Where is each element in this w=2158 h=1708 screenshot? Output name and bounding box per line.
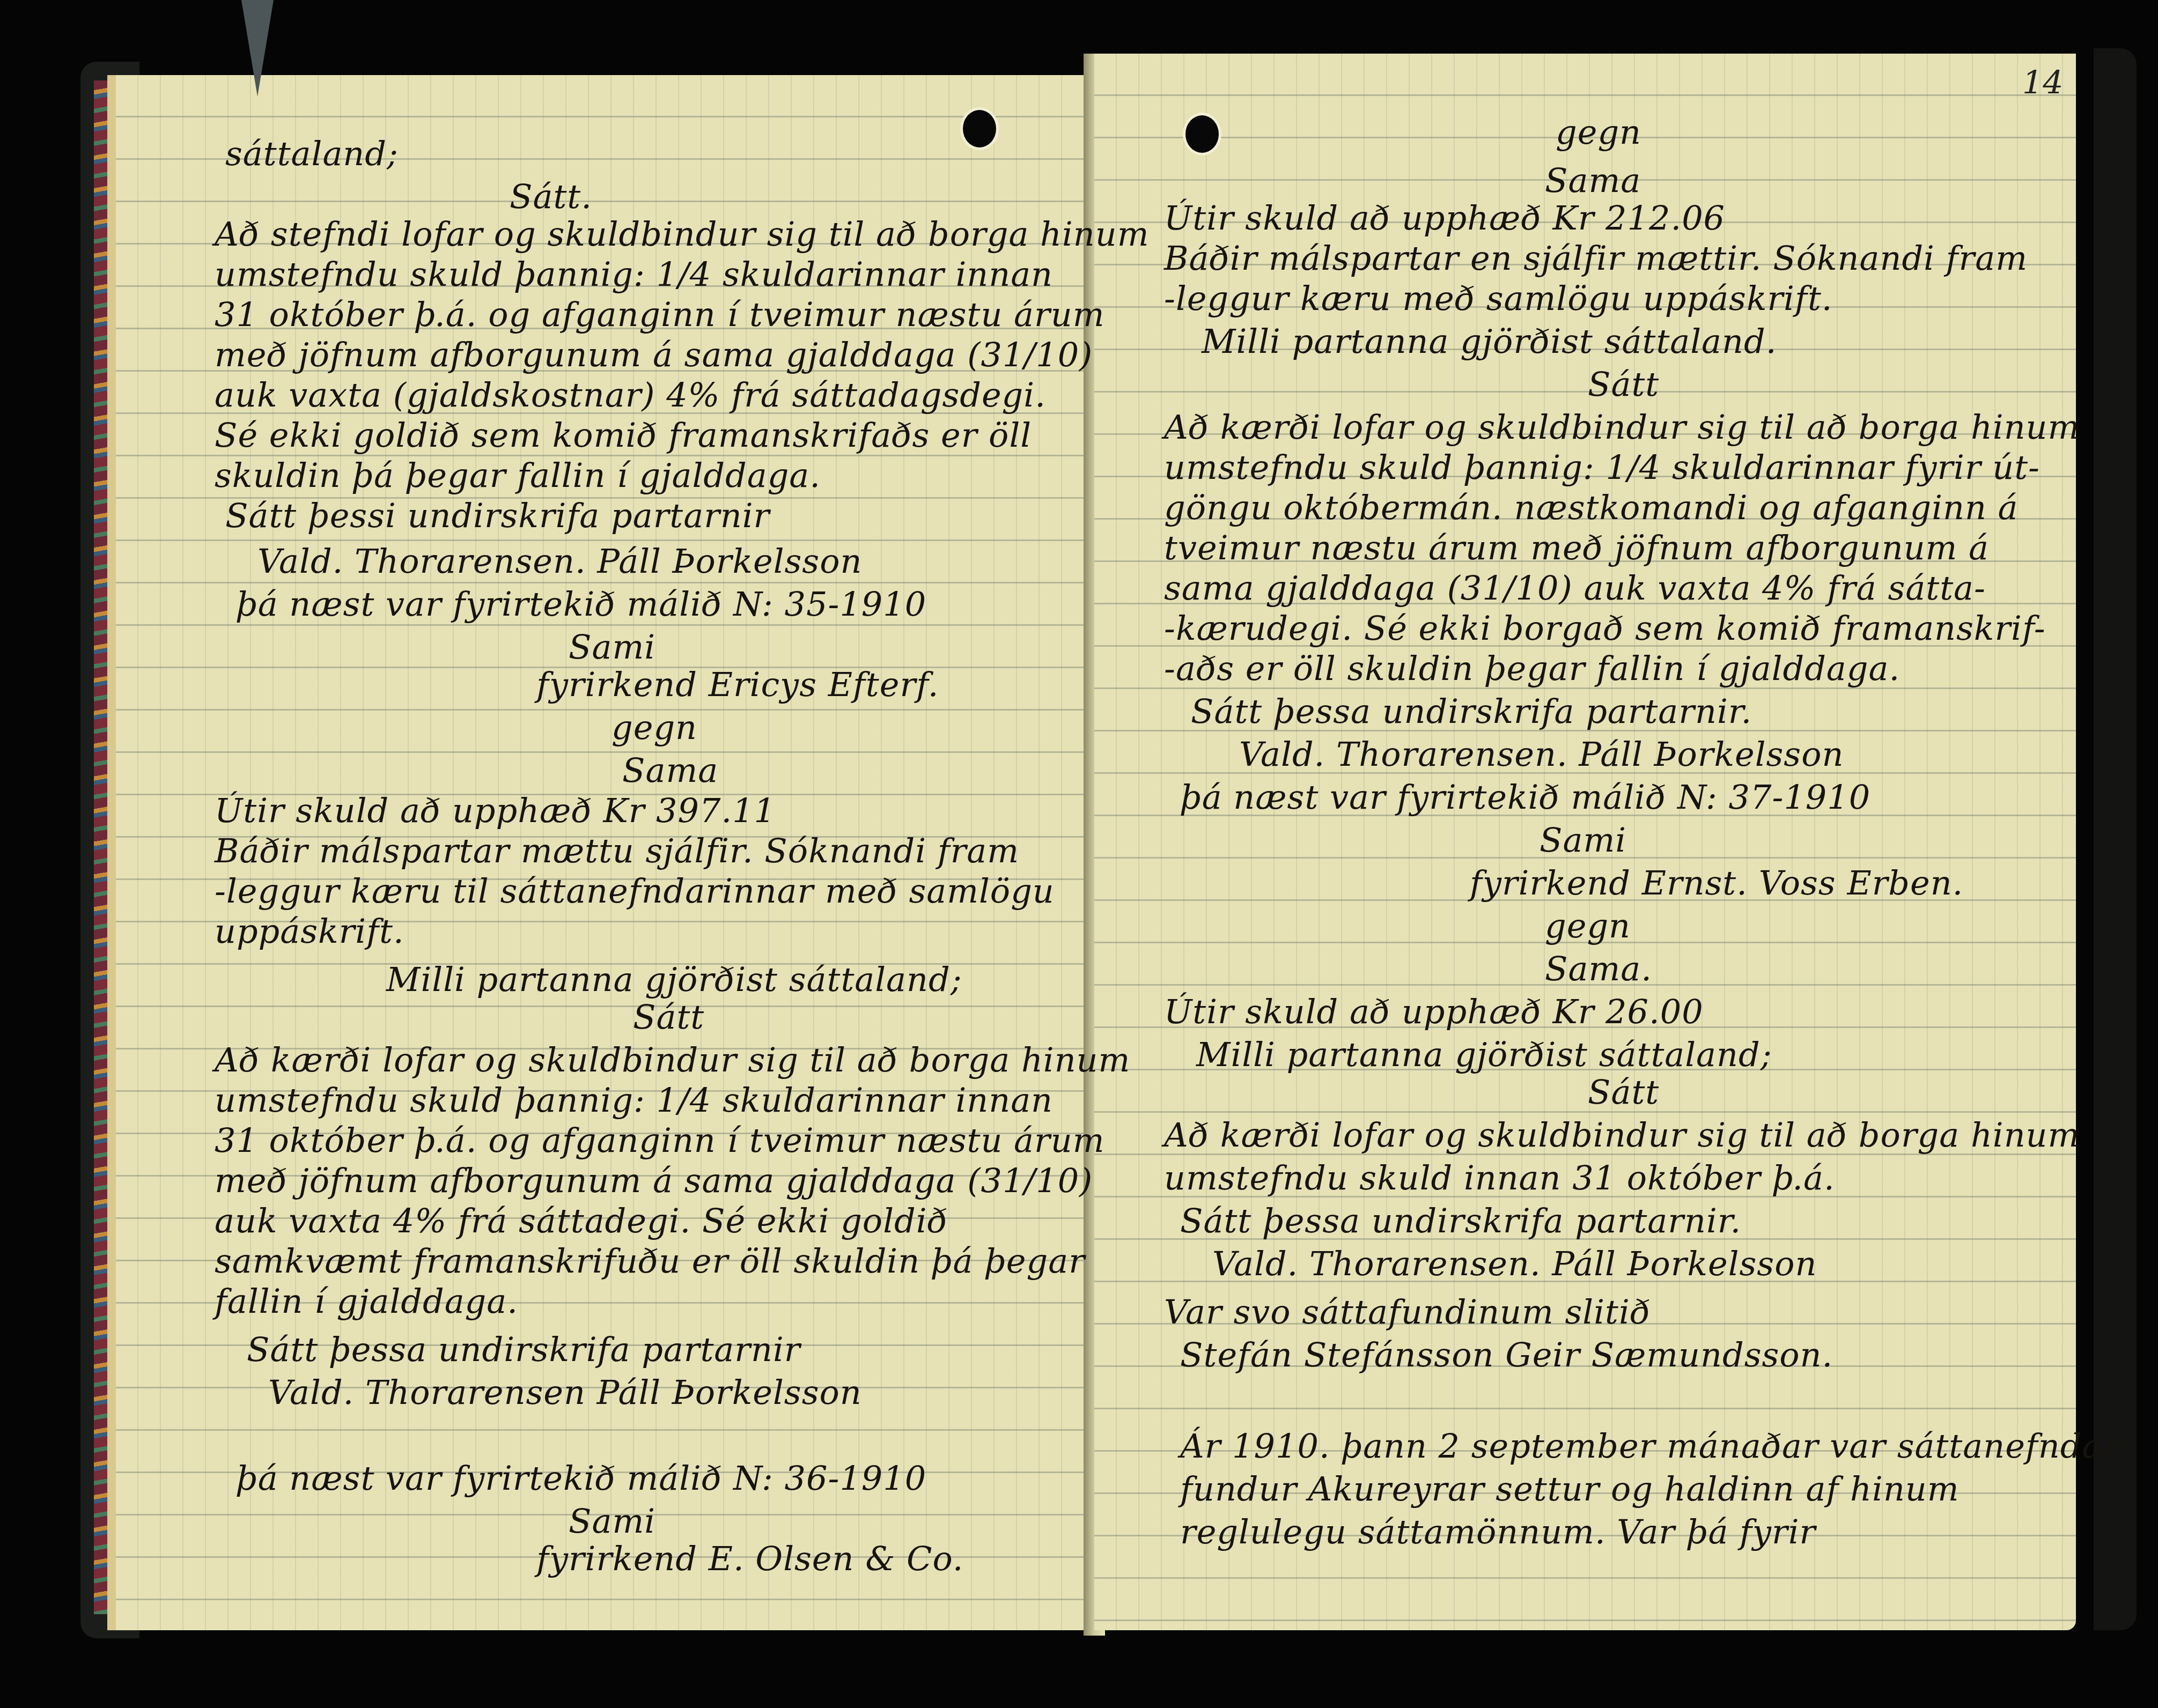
punch-hole-left [963, 110, 996, 147]
text-line: með jöfnum afborgunum á sama gjalddaga (… [215, 335, 1093, 374]
claim-amount-line: Útir skuld að upphæð Kr 26.00 [1164, 992, 1704, 1031]
text-line: Ár 1910. þann 2 september mánaðar var sá… [1180, 1426, 2119, 1466]
text-line: Sé ekki goldið sem komið framanskrifaðs … [215, 416, 1032, 455]
text-line: Milli partanna gjörðist sáttaland. [1202, 322, 1777, 361]
text-line: Báðir málspartar mættu sjálfir. Sóknandi… [215, 831, 1019, 870]
text-line: gegn [1545, 906, 1631, 945]
text-line: Að kærði lofar og skuldbindur sig til að… [215, 1040, 1130, 1079]
text-line: fundur Akureyrar settur og haldinn af hi… [1180, 1469, 1960, 1509]
claim-amount-line: Útir skuld að upphæð Kr 212.06 [1164, 198, 1725, 238]
text-line: göngu októbermán. næstkomandi og afgangi… [1164, 488, 2019, 527]
text-line: Að kærði lofar og skuldbindur sig til að… [1164, 1115, 2080, 1155]
text-line: gegn [1556, 113, 1641, 152]
signature-line: Vald. Thorarensen. Páll Þorkelsson [1212, 1244, 1817, 1283]
text-line: reglulegu sáttamönnum. Var þá fyrir [1180, 1512, 1816, 1551]
text-line: með jöfnum afborgunum á sama gjalddaga (… [215, 1161, 1093, 1200]
case-number-line: þá næst var fyrirtekið málið N: 35-1910 [236, 585, 926, 624]
text-line: Sátt þessa undirskrifa partarnir. [1191, 692, 1752, 731]
text-line: Að stefndi lofar og skuldbindur sig til … [215, 215, 1149, 254]
section-heading: Sátt [1588, 1073, 1659, 1112]
text-line: -leggur kæru til sáttanefndarinnar með s… [215, 871, 1055, 911]
case-number-line: þá næst var fyrirtekið málið N: 36-1910 [236, 1459, 926, 1498]
text-line: umstefndu skuld þannig: 1/4 skuldarinnar… [215, 255, 1053, 294]
text-line: umstefndu skuld innan 31 október þ.á. [1164, 1158, 1835, 1197]
signature-line: Stefán Stefánsson Geir Sæmundsson. [1180, 1335, 1833, 1374]
text-line: -aðs er öll skuldin þegar fallin í gjald… [1164, 649, 1900, 688]
text-line: sama gjalddaga (31/10) auk vaxta 4% frá … [1164, 568, 1986, 608]
party-name: Sama [622, 751, 718, 790]
text-line: umstefndu skuld þannig: 1/4 skuldarinnar… [215, 1081, 1053, 1120]
text-line: samkvæmt framanskrifuðu er öll skuldin þ… [215, 1241, 1085, 1281]
signature-line: Vald. Thorarensen Páll Þorkelsson [268, 1373, 862, 1412]
signature-line: Vald. Thorarensen. Páll Þorkelsson [1239, 735, 1844, 774]
text-line: tveimur næstu árum með jöfnum afborgunum… [1164, 528, 1989, 567]
text-line: Sátt þessi undirskrifa partarnir [225, 496, 770, 535]
text-line: auk vaxta (gjaldskostnar) 4% frá sáttada… [215, 375, 1046, 415]
text-line: 31 október þ.á. og afganginn í tveimur n… [215, 295, 1104, 334]
section-heading: Sátt [633, 997, 704, 1037]
text-line: skuldin þá þegar fallin í gjalddaga. [215, 456, 821, 495]
text-line: Báðir málspartar en sjálfir mættir. Sókn… [1164, 239, 2028, 278]
party-name: fyrirkend Ernst. Voss Erben. [1470, 863, 1963, 903]
text-line: auk vaxta 4% frá sáttadegi. Sé ekki gold… [215, 1201, 948, 1240]
text-line: umstefndu skuld þannig: 1/4 skuldarinnar… [1164, 448, 2040, 487]
text-line: uppáskrift. [215, 912, 404, 951]
signature-line: Vald. Thorarensen. Páll Þorkelsson [257, 542, 862, 581]
book-cover-right [2094, 48, 2137, 1630]
text-line: Var svo sáttafundinum slitið [1164, 1292, 1651, 1332]
text-line: -kærudegi. Sé ekki borgað sem komið fram… [1164, 609, 2046, 648]
section-heading: Sátt [1588, 365, 1659, 404]
claim-amount-line: Útir skuld að upphæð Kr 397.11 [215, 791, 776, 830]
text-line: fallin í gjalddaga. [215, 1282, 518, 1321]
text-line: -leggur kæru með samlögu uppáskrift. [1164, 279, 1833, 318]
case-number-line: þá næst var fyrirtekið málið N: 37-1910 [1180, 778, 1870, 817]
text-line: Sátt þessa undirskrifa partarnir [247, 1330, 800, 1369]
party-name: Sami [569, 627, 655, 667]
section-heading: Sátt. [510, 177, 592, 216]
text-line: gegn [612, 708, 697, 747]
party-name: fyrirkend E. Olsen & Co. [536, 1539, 963, 1578]
text-line: 31 október þ.á. og afganginn í tveimur n… [215, 1121, 1104, 1160]
text-line: Milli partanna gjörðist sáttaland; [386, 960, 962, 999]
party-name: Sami [1540, 820, 1626, 860]
party-name: Sama. [1545, 949, 1652, 988]
page-number: 14 [2022, 64, 2063, 102]
punch-hole-right [1185, 115, 1219, 153]
letter-opener-blade [241, 0, 274, 97]
text-line: Sátt þessa undirskrifa partarnir. [1180, 1201, 1741, 1240]
text-line: Milli partanna gjörðist sáttaland; [1196, 1035, 1772, 1074]
text-line: sáttaland; [225, 134, 399, 173]
party-name: Sami [569, 1502, 655, 1541]
party-name: Sama [1545, 161, 1641, 200]
text-line: Að kærði lofar og skuldbindur sig til að… [1164, 408, 2080, 447]
party-name: fyrirkend Ericys Efterf. [536, 665, 939, 704]
